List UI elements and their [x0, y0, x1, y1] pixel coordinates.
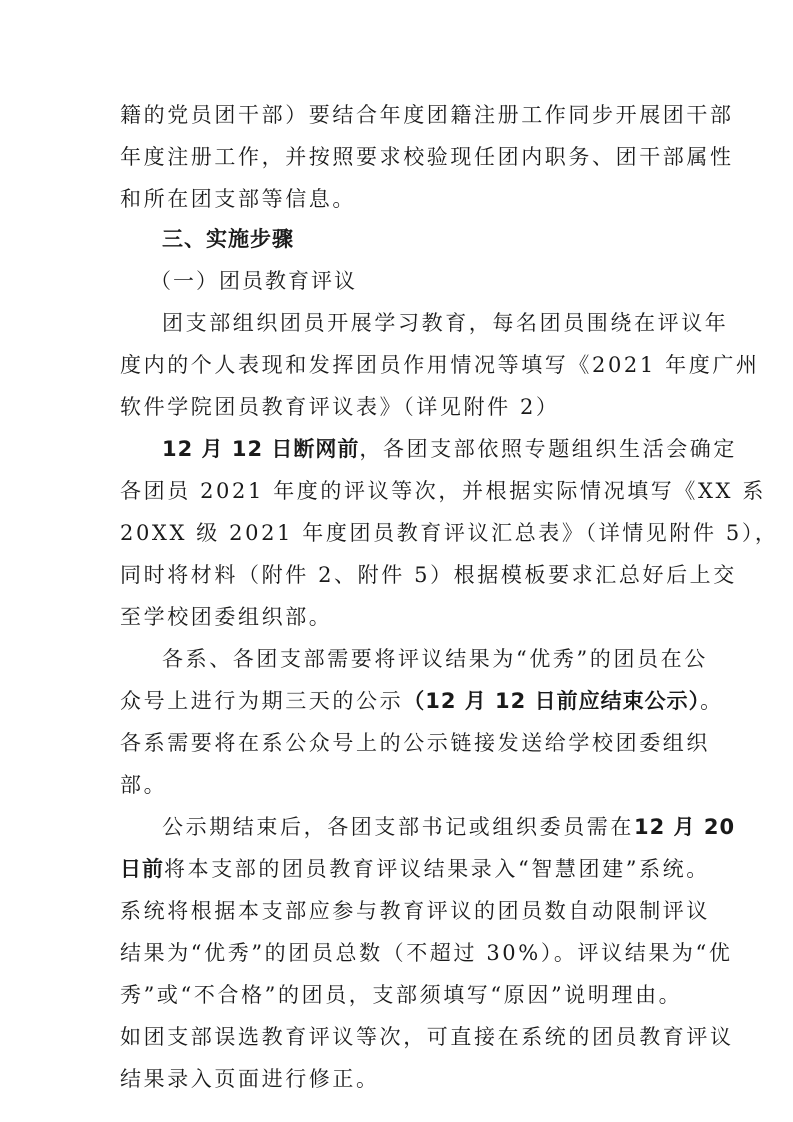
paragraph-4-line: 结果录入页面进行修正。: [120, 1066, 680, 1092]
body-text-line: 年度注册工作，并按照要求校验现任团内职务、团干部属性: [120, 144, 680, 170]
paragraph-3-line: 各系、各团支部需要将评议结果为“优秀”的团员在公: [162, 646, 680, 672]
paragraph-3-line: 众号上进行为期三天的公示（12 月 12 日前应结束公示）。: [120, 688, 680, 714]
paragraph-4-line: 如团支部误选教育评议等次，可直接在系统的团员教育评议: [120, 1024, 680, 1050]
paragraph-3-text: 。: [700, 689, 724, 713]
paragraph-4-text: 公示期结束后，各团支部书记或组织委员需在: [162, 815, 634, 839]
paragraph-3-line: 部。: [120, 772, 680, 798]
paragraph-3-line: 各系需要将在系公众号上的公示链接发送给学校团委组织: [120, 730, 680, 756]
paragraph-3-text: 众号上进行为期三天的公示: [120, 689, 403, 713]
paragraph-2-line: 各团员 2021 年度的评议等次，并根据实际情况填写《XX 系: [120, 478, 680, 504]
paragraph-2-line: 至学校团委组织部。: [120, 604, 680, 630]
subsection-heading: （一）团员教育评议: [150, 268, 668, 294]
paragraph-2-line: 12 月 12 日断网前，各团支部依照专题组织生活会确定: [162, 436, 680, 462]
body-text-line: 和所在团支部等信息。: [120, 186, 680, 212]
paragraph-4-line: 秀”或“不合格”的团员，支部须填写“原因”说明理由。: [120, 982, 680, 1008]
deadline-emphasis: 12 月 12 日断网前: [162, 437, 359, 461]
paragraph-4-line: 系统将根据本支部应参与教育评议的团员数自动限制评议: [120, 898, 680, 924]
paragraph-4-line: 公示期结束后，各团支部书记或组织委员需在12 月 20: [162, 814, 680, 840]
paragraph-1-line: 团支部组织团员开展学习教育，每名团员围绕在评议年: [162, 310, 680, 336]
body-text-line: 籍的党员团干部）要结合年度团籍注册工作同步开展团干部: [120, 102, 680, 128]
section-heading: 三、实施步骤: [162, 226, 680, 252]
paragraph-2-line: 20XX 级 2021 年度团员教育评议汇总表》（详情见附件 5），: [120, 520, 680, 546]
paragraph-4-line: 结果为“优秀”的团员总数（不超过 30%）。评议结果为“优: [120, 940, 680, 966]
paragraph-1-line: 软件学院团员教育评议表》（详见附件 2）: [120, 394, 680, 420]
document-page: 籍的党员团干部）要结合年度团籍注册工作同步开展团干部 年度注册工作，并按照要求校…: [0, 0, 793, 1122]
paragraph-4-text: 将本支部的团员教育评议结果录入“智慧团建”系统。: [164, 857, 710, 881]
paragraph-4-line: 日前将本支部的团员教育评议结果录入“智慧团建”系统。: [120, 856, 680, 882]
deadline-emphasis: （12 月 12 日前应结束公示）: [403, 689, 700, 713]
paragraph-2-text: ，各团支部依照专题组织生活会确定: [359, 437, 737, 461]
paragraph-1-line: 度内的个人表现和发挥团员作用情况等填写《2021 年度广州: [120, 352, 680, 378]
deadline-emphasis: 日前: [120, 857, 164, 881]
deadline-emphasis: 12 月 20: [634, 815, 735, 839]
paragraph-2-line: 同时将材料（附件 2、附件 5）根据模板要求汇总好后上交: [120, 562, 680, 588]
